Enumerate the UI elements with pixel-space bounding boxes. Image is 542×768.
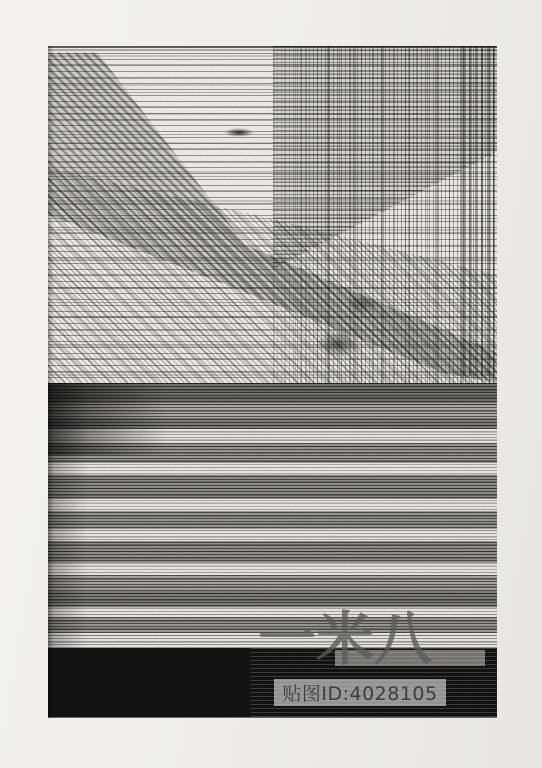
stripe-band (48, 575, 497, 591)
stripe-band (48, 499, 497, 511)
ink-smudge (346, 294, 378, 314)
stripe-band (48, 541, 497, 563)
watermark-id-text: 贴图ID:4028105 (282, 679, 437, 706)
stripe-band (48, 563, 497, 575)
stripe-band (48, 463, 497, 475)
stripe-band (48, 529, 497, 541)
black-band-tail-line (48, 717, 497, 718)
stripe-band (48, 475, 497, 499)
artwork-top-edge (48, 46, 497, 48)
scanned-photo-stage: 一米八 贴图ID:4028105 (0, 0, 542, 768)
ink-smudge (224, 128, 254, 137)
watermark-logo-text: 一米八 (258, 610, 432, 668)
watermark-id-badge: 贴图ID:4028105 (274, 679, 446, 706)
stripe-band (48, 511, 497, 529)
artwork-left-edge (48, 46, 54, 718)
striation-left-edge-shade (48, 383, 88, 648)
ink-smudge (316, 330, 360, 358)
